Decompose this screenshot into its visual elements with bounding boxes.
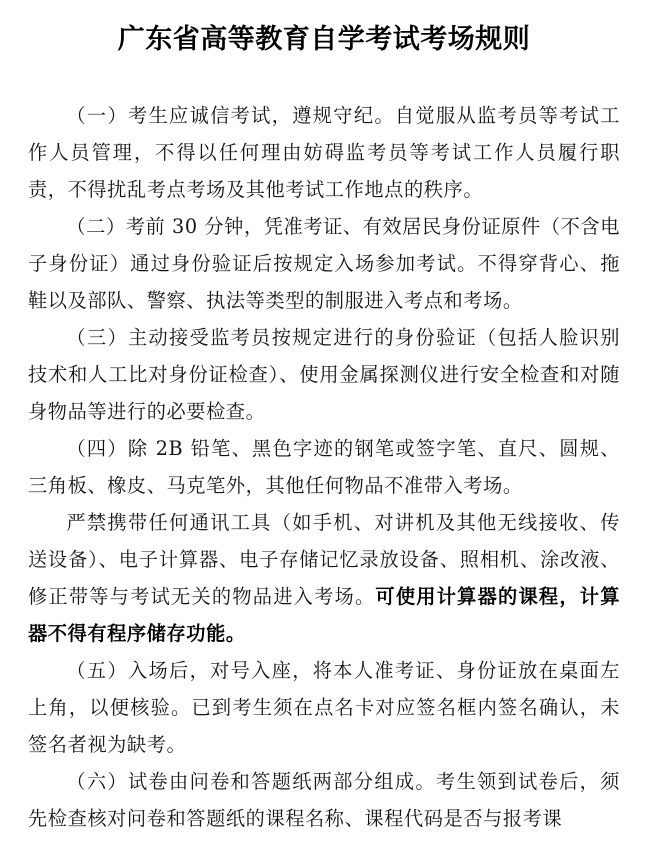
rule-5-text: （五）入场后，对号入座，将本人准考证、身份证放在桌面左上角，以便核验。已到考生须… xyxy=(28,659,620,756)
rule-3-text: （三）主动接受监考员按规定进行的身份验证（包括人脸识别技术和人工比对身份证检查）… xyxy=(28,326,620,423)
rule-paragraph-3: （三）主动接受监考员按规定进行的身份验证（包括人脸识别技术和人工比对身份证检查）… xyxy=(28,319,620,430)
document-body: （一）考生应诚信考试，遵规守纪。自觉服从监考员等考试工作人员管理，不得以任何理由… xyxy=(28,97,620,837)
rule-4-text: （四）除 2B 铅笔、黑色字迹的钢笔或签字笔、直尺、圆规、三角板、橡皮、马克笔外… xyxy=(28,437,620,497)
document-title: 广东省高等教育自学考试考场规则 xyxy=(0,20,648,60)
rule-paragraph-5: （五）入场后，对号入座，将本人准考证、身份证放在桌面左上角，以便核验。已到考生须… xyxy=(28,652,620,763)
rule-paragraph-4-continued: 严禁携带任何通讯工具（如手机、对讲机及其他无线接收、传送设备）、电子计算器、电子… xyxy=(28,504,620,652)
rule-paragraph-6: （六）试卷由问卷和答题纸两部分组成。考生领到试卷后，须先检查核对问卷和答题纸的课… xyxy=(28,763,620,837)
rule-6-text: （六）试卷由问卷和答题纸两部分组成。考生领到试卷后，须先检查核对问卷和答题纸的课… xyxy=(28,770,620,830)
document-page: 广东省高等教育自学考试考场规则 （一）考生应诚信考试，遵规守纪。自觉服从监考员等… xyxy=(0,0,648,845)
rule-paragraph-1: （一）考生应诚信考试，遵规守纪。自觉服从监考员等考试工作人员管理，不得以任何理由… xyxy=(28,97,620,208)
rule-1-text: （一）考生应诚信考试，遵规守纪。自觉服从监考员等考试工作人员管理，不得以任何理由… xyxy=(28,104,620,201)
rule-paragraph-4: （四）除 2B 铅笔、黑色字迹的钢笔或签字笔、直尺、圆规、三角板、橡皮、马克笔外… xyxy=(28,430,620,504)
rule-2-text: （二）考前 30 分钟，凭准考证、有效居民身份证原件（不含电子身份证）通过身份验… xyxy=(28,215,620,312)
rule-paragraph-2: （二）考前 30 分钟，凭准考证、有效居民身份证原件（不含电子身份证）通过身份验… xyxy=(28,208,620,319)
